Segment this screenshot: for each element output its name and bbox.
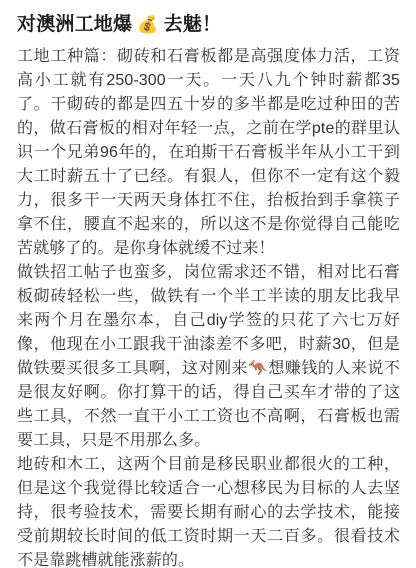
post-title: 对澳洲工地爆💰去魅！ bbox=[17, 11, 400, 38]
post-title-suffix: 去魅！ bbox=[164, 14, 222, 35]
money-bag-emoji: 💰 bbox=[137, 15, 158, 34]
paragraph-tiling-carpentry: 地砖和木工，这两个目前是移民职业都很火的工种，但是这个我觉得比较适合一心想移民为… bbox=[17, 453, 400, 568]
post-content: 对澳洲工地爆💰去魅！ 工地工种篇：砌砖和石膏板都是高强度体力活，工资高小工就有2… bbox=[0, 0, 416, 568]
paragraph-work-types: 工地工种篇：砌砖和石膏板都是高强度体力活，工资高小工就有250-300一天。一天… bbox=[17, 45, 400, 261]
post-title-text: 对澳洲工地爆 bbox=[17, 14, 132, 35]
paragraph-steel-fixing: 做铁招工帖子也蛮多，岗位需求还不错，相对比石膏板砌砖轻松一些，做铁有一个半工半读… bbox=[17, 261, 400, 453]
